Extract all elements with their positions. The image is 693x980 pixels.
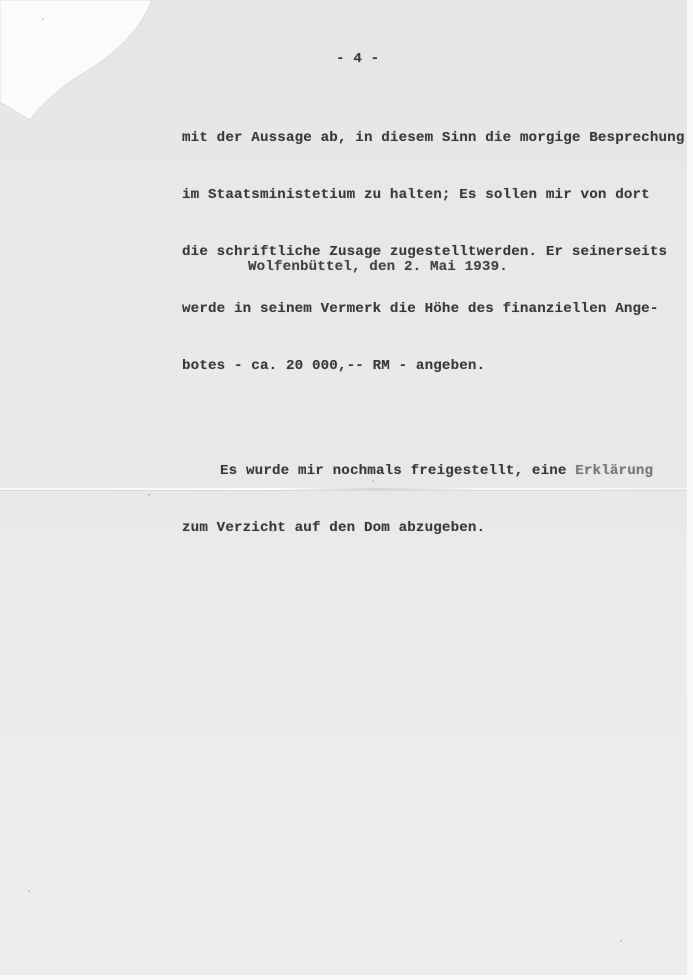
text-line: werde in seinem Vermerk die Höhe des fin… [182, 300, 685, 319]
scan-margin-bottom [0, 975, 693, 980]
scan-margin-right [687, 0, 693, 980]
place-and-date: Wolfenbüttel, den 2. Mai 1939. [248, 258, 508, 277]
paragraph-gap [182, 414, 685, 424]
faint-word: Erklärung [575, 463, 653, 479]
text-line: botes - ca. 20 000,-- RM - angeben. [182, 357, 685, 376]
paper-speck [42, 18, 44, 20]
paper-speck [620, 940, 622, 942]
text-fragment: Es wurde mir nochmals freigestellt, eine [220, 463, 575, 479]
page-number: - 4 - [336, 50, 379, 69]
paper-speck [148, 494, 150, 496]
text-line: mit der Aussage ab, in diesem Sinn die m… [182, 129, 685, 148]
scanned-page: - 4 - mit der Aussage ab, in diesem Sinn… [0, 0, 693, 980]
text-line: im Staatsministetium zu halten; Es solle… [182, 186, 685, 205]
paper-speck [28, 890, 30, 892]
letter-body: mit der Aussage ab, in diesem Sinn die m… [182, 91, 685, 576]
text-line-indented: Es wurde mir nochmals freigestellt, eine… [182, 462, 685, 481]
text-line: zum Verzicht auf den Dom abzugeben. [182, 519, 685, 538]
